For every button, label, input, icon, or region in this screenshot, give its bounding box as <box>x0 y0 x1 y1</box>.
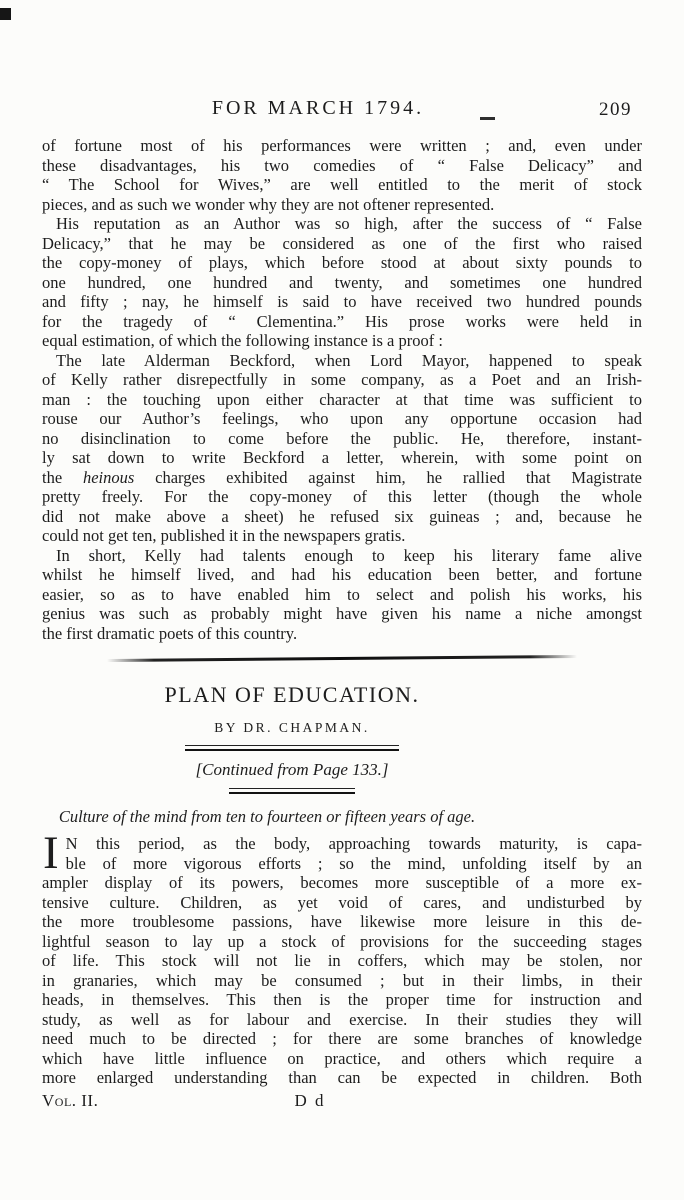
text-line: tensive culture. Children, as yet void o… <box>42 893 642 913</box>
text-line: ble of more vigorous efforts ; so the mi… <box>42 854 642 874</box>
text-line: the heinous charges exhibited against hi… <box>42 468 642 488</box>
text-line: the first dramatic poets of this country… <box>42 624 642 644</box>
text-line: easier, so as to have enabled him to sel… <box>42 585 642 605</box>
text-line: these disadvantages, his two comedies of… <box>42 156 642 176</box>
article-title: PLAN OF EDUCATION. <box>0 681 592 708</box>
text-line: Delicacy,” that he may be considered as … <box>42 234 642 254</box>
double-rule <box>185 745 399 751</box>
text-line: the copy-money of plays, which before st… <box>42 253 642 273</box>
education-first-paragraph: I N this period, as the body, approachin… <box>42 834 642 1088</box>
text-line: His reputation as an Author was so high,… <box>42 214 642 234</box>
page-number: 209 <box>599 99 632 121</box>
paragraph-continuation: of fortune most of his performances were… <box>42 136 642 214</box>
text-line: heads, in themselves. This then is the p… <box>42 990 642 1010</box>
text-line: pretty freely. For the copy-money of thi… <box>42 487 642 507</box>
text-line: of Kelly rather disrepectfully in some c… <box>42 370 642 390</box>
drop-cap-initial: I <box>42 834 66 872</box>
text-line: In short, Kelly had talents enough to ke… <box>42 546 642 566</box>
text-line: of fortune most of his performances were… <box>42 136 642 156</box>
text-line: “ The School for Wives,” are well entitl… <box>42 175 642 195</box>
short-double-rule <box>229 788 355 794</box>
text-line: genius was such as probably might have g… <box>42 604 642 624</box>
text-line: The late Alderman Beckford, when Lord Ma… <box>42 351 642 371</box>
paragraph-beckford: The late Alderman Beckford, when Lord Ma… <box>42 351 642 546</box>
text-line: man : the touching upon either character… <box>42 390 642 410</box>
text-line: equal estimation, of which the following… <box>42 331 642 351</box>
signature-mark: D d <box>10 1091 610 1111</box>
text-line: rouse our Author’s feelings, who upon an… <box>42 409 642 429</box>
text-line: ampler display of its powers, becomes mo… <box>42 873 642 893</box>
text-line: lightful season to lay up a stock of pro… <box>42 932 642 952</box>
page-footer: Vol. II. D d <box>42 1091 642 1113</box>
text-line: of life. This stock will not lie in coff… <box>42 951 642 971</box>
paragraph-reputation: His reputation as an Author was so high,… <box>42 214 642 351</box>
text-line: did not make above a sheet) he refused s… <box>42 507 642 527</box>
article-byline: BY DR. CHAPMAN. <box>0 720 592 736</box>
education-article-heading: PLAN OF EDUCATION. BY DR. CHAPMAN. [Cont… <box>0 681 592 794</box>
continuation-note: [Continued from Page 133.] <box>0 759 592 781</box>
scanned-page: FOR MARCH 1794. 209 of fortune most of h… <box>0 0 684 1200</box>
text-line: one hundred, one hundred and twenty, and… <box>42 273 642 293</box>
text-line: more enlarged understanding than can be … <box>42 1068 642 1088</box>
text-line: whilst he himself lived, and had his edu… <box>42 565 642 585</box>
text-line: pieces, and as such we wonder why they a… <box>42 195 642 215</box>
scan-artifact-corner <box>0 8 11 20</box>
text-line: in granaries, which may be consumed ; bu… <box>42 971 642 991</box>
text-line: could not get ten, published it in the n… <box>42 526 642 546</box>
text-line: and fifty ; nay, he himself is said to h… <box>42 292 642 312</box>
text-line: which have little influence on practice,… <box>42 1049 642 1069</box>
section-divider-rule <box>107 655 577 662</box>
text-line: the more troublesome passions, have like… <box>42 912 642 932</box>
paragraph-conclusion: In short, Kelly had talents enough to ke… <box>42 546 642 644</box>
text-line: N this period, as the body, approaching … <box>42 834 642 854</box>
kelly-article: of fortune most of his performances were… <box>42 136 642 643</box>
page-header: FOR MARCH 1794. <box>42 0 642 120</box>
text-line: need much to be directed ; for there are… <box>42 1029 642 1049</box>
text-line: ly sat down to write Beckford a letter, … <box>42 448 642 468</box>
running-title: FOR MARCH 1794. <box>212 97 424 120</box>
text-line: study, as well as for labour and exercis… <box>42 1010 642 1030</box>
text-line: no disinclination to come before the pub… <box>42 429 642 449</box>
text-line: for the tragedy of “ Clementina.” His pr… <box>42 312 642 332</box>
scan-artifact-dash <box>480 117 495 120</box>
section-heading: Culture of the mind from ten to fourteen… <box>0 807 567 827</box>
